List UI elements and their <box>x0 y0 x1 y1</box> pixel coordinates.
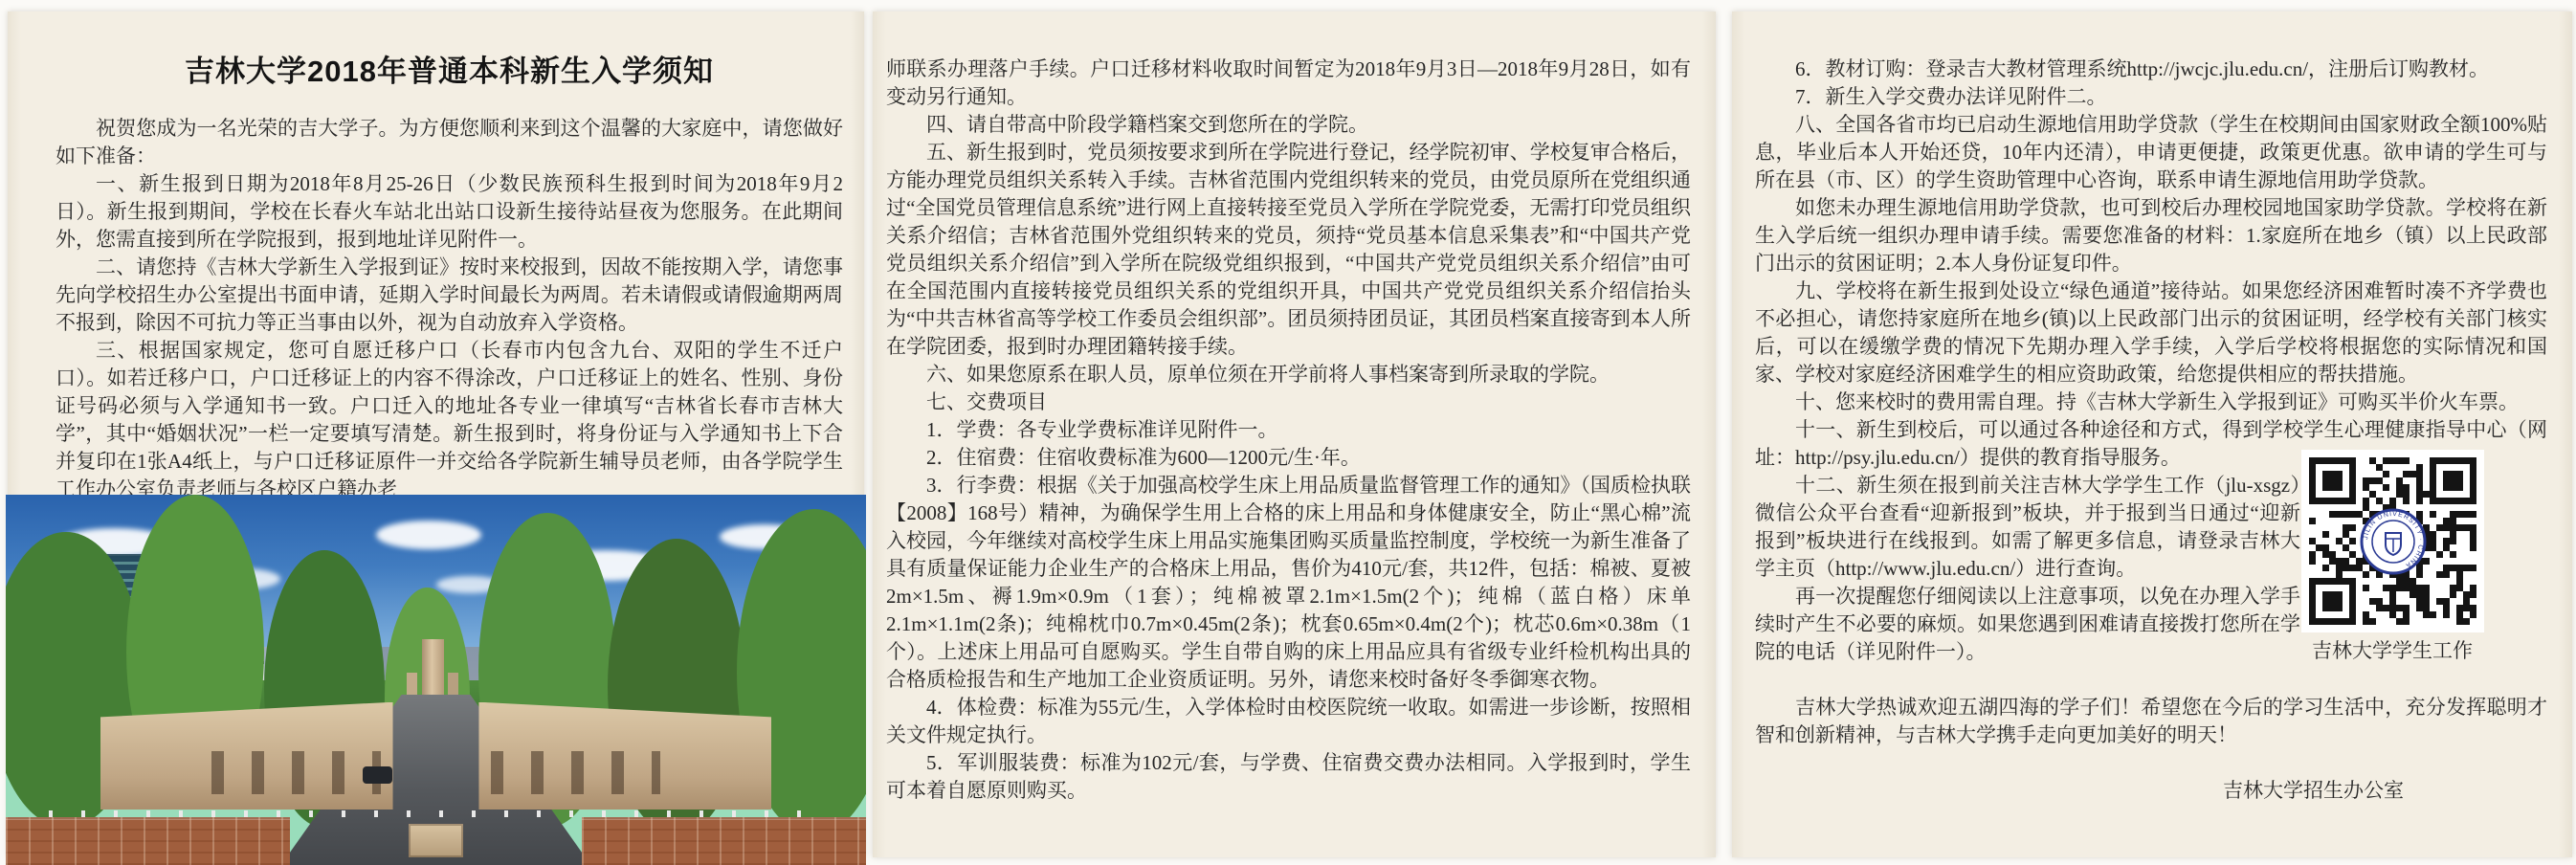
paragraph-fee-3: 3．行李费：根据《关于加强高校学生床上用品质量监督管理工作的通知》（国质检执联【… <box>886 472 1691 694</box>
paragraph-fee-1: 1．学费：各专业学费标准详见附件一。 <box>886 416 1691 444</box>
photo-cloud <box>376 521 481 549</box>
paragraph-item-10: 十、您来校时的费用需自理。持《吉林大学新生入学报到证》可购买半价火车票。 <box>1755 388 2547 416</box>
paragraph-fee-7: 7．新生入学交费办法详见附件二。 <box>1755 83 2547 111</box>
paragraph-continuation: 师联系办理落户手续。户口迁移材料收取时间暂定为2018年9月3日—2018年9月… <box>886 55 1691 111</box>
photo-gate-wall-left <box>100 702 393 810</box>
paragraph-reminder: 再一次提醒您仔细阅读以上注意事项，以免在办理入学手续时产生不必要的麻烦。如果您遇… <box>1755 583 2300 666</box>
paragraph-fee-5: 5．军训服装费：标准为102元/套，与学费、住宿费交费办法相同。入学报到时，学生… <box>886 749 1691 805</box>
paragraph-item-1: 一、新生报到日期为2018年8月25-26日（少数民族预科生报到时间为2018年… <box>56 170 843 254</box>
campus-photo <box>6 495 866 865</box>
signature: 吉林大学招生办公室 <box>1755 777 2404 805</box>
paragraph-item-8: 八、全国各省市均已启动生源地信用助学贷款（学生在校期间由国家财政全额100%贴息… <box>1755 111 2547 194</box>
paragraph-item-7: 七、交费项目 <box>886 388 1691 416</box>
qr-caption: 吉林大学学生工作 <box>2282 638 2502 664</box>
panel-right: 6．教材订购：登录吉大教材管理系统http://jwcjc.jlu.edu.cn… <box>1732 11 2572 857</box>
paragraph-item-12: 十二、新生须在报到前关注吉林大学学生工作（jlu-xsgz）微信公众平台查看“迎… <box>1755 472 2300 583</box>
paragraph-item-5: 五、新生报到时，党员须按要求到所在学院进行登记，经学院初审、学校复审合格后，方能… <box>886 139 1691 361</box>
photo-bollards <box>49 810 823 817</box>
panel-left-content: 吉林大学2018年普通本科新生入学须知 祝贺您成为一名光荣的吉大学子。为方便您顺… <box>8 54 864 503</box>
university-emblem-icon: JILIN UNIVERSITY · CHINA <box>2360 508 2427 575</box>
paragraph-item-2: 二、请您持《吉林大学新生入学报到证》按时来校报到，因故不能按期入学，请您事先向学… <box>56 254 843 337</box>
panel-middle-content: 师联系办理落户手续。户口迁移材料收取时间暂定为2018年9月3日—2018年9月… <box>873 55 1716 805</box>
paragraph-item-3: 三、根据国家规定，您可自愿迁移户口（长春市内包含九台、双阳的学生不迁户口）。如若… <box>56 337 843 503</box>
paragraph-item-6: 六、如果您原系在职人员，原单位须在开学前将人事档案寄到所录取的学院。 <box>886 361 1691 388</box>
notice-title: 吉林大学2018年普通本科新生入学须知 <box>56 54 843 90</box>
photo-gate-median <box>409 824 464 857</box>
paragraph-item-9: 九、学校将在新生报到处设立“绿色通道”接待站。如果您经济困难暂时凑不齐学费也不必… <box>1755 277 2547 388</box>
paragraph-fee-6: 6．教材订购：登录吉大教材管理系统http://jwcjc.jlu.edu.cn… <box>1755 55 2547 83</box>
paragraph-item-4: 四、请自带高中阶段学籍档案交到您所在的学院。 <box>886 111 1691 139</box>
panel-right-content: 6．教材订购：登录吉大教材管理系统http://jwcjc.jlu.edu.cn… <box>1732 55 2572 805</box>
photo-gate-wall-right <box>478 702 771 810</box>
paragraph-fee-2: 2．住宿费：住宿收费标准为600—1200元/生·年。 <box>886 444 1691 472</box>
qr-code: JILIN UNIVERSITY · CHINA <box>2301 450 2484 632</box>
photo-car <box>363 766 392 783</box>
paragraph-fee-4: 4．体检费：标准为55元/生，入学体检时由校医院统一收取。如需进一步诊断，按照相… <box>886 694 1691 749</box>
paragraph-welcome: 吉林大学热诚欢迎五湖四海的学子们！希望您在今后的学习生活中，充分发挥聪明才智和创… <box>1755 694 2547 749</box>
panel-middle: 师联系办理落户手续。户口迁移材料收取时间暂定为2018年9月3日—2018年9月… <box>873 11 1716 857</box>
scanned-notice-page: 吉林大学2018年普通本科新生入学须知 祝贺您成为一名光荣的吉大学子。为方便您顺… <box>0 0 2576 865</box>
paragraph-loan-info: 如您未办理生源地信用助学贷款，也可到校后办理校园地国家助学贷款。学校将在新生入学… <box>1755 194 2547 277</box>
photo-brick-plaza <box>6 817 290 865</box>
panel-left: 吉林大学2018年普通本科新生入学须知 祝贺您成为一名光荣的吉大学子。为方便您顺… <box>8 11 864 857</box>
photo-brick-plaza <box>582 817 866 865</box>
paragraph-intro: 祝贺您成为一名光荣的吉大学子。为方便您顺利来到这个温馨的大家庭中，请您做好如下准… <box>56 115 843 170</box>
